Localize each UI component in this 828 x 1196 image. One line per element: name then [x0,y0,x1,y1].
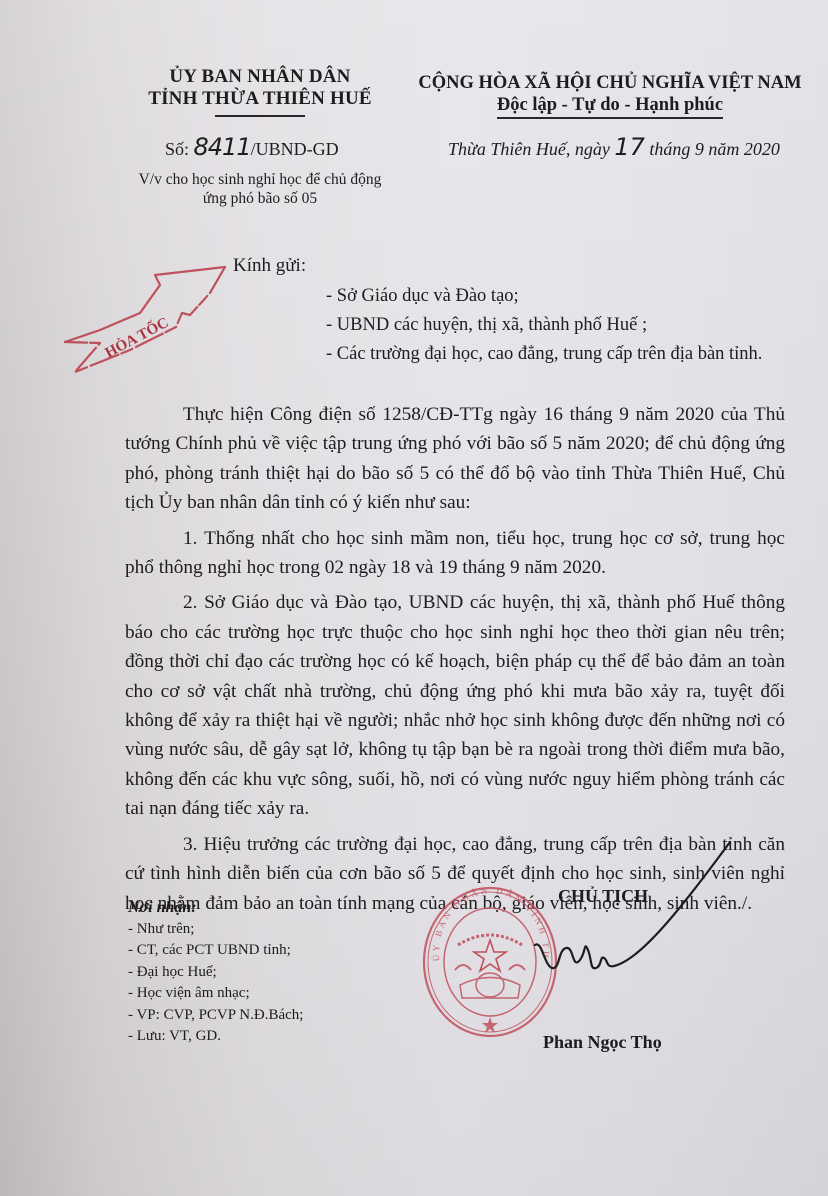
nation-name: CỘNG HÒA XÃ HỘI CHỦ NGHĨA VIỆT NAM [400,72,820,94]
cc-title: Nơi nhận: [128,897,303,919]
document-subject: V/v cho học sinh nghỉ học để chủ động ứn… [110,170,410,208]
cc-item: - Đại học Huế; [128,962,303,984]
doc-number-prefix: Số: [165,139,194,159]
cc-item: - Như trên; [128,919,303,941]
urgent-stamp-arrow-icon: HỎA TỐC [30,255,240,375]
issuing-authority: ỦY BAN NHÂN DÂN TỈNH THỪA THIÊN HUẾ [110,66,410,117]
cc-item: - CT, các PCT UBND tỉnh; [128,940,303,962]
handwritten-signature-icon [530,840,740,990]
document-number: Số: 8411/UBND-GD [165,133,339,161]
org-name-line2: TỈNH THỪA THIÊN HUẾ [110,88,410,110]
body-intro: Thực hiện Công điện số 1258/CĐ-TTg ngày … [125,400,785,518]
date-suffix: tháng 9 năm 2020 [645,139,780,159]
recipient-item: - Sở Giáo dục và Đào tạo; [326,282,762,311]
body-item-1: 1. Thống nhất cho học sinh mầm non, tiểu… [125,524,785,583]
org-name-line1: ỦY BAN NHÂN DÂN [110,66,410,88]
cc-item: - Lưu: VT, GD. [128,1026,303,1048]
salutation: Kính gửi: [233,255,306,277]
subject-line2: ứng phó bão số 05 [110,189,410,208]
recipient-item: - UBND các huyện, thị xã, thành phố Huế … [326,311,762,340]
urgent-stamp-label: HỎA TỐC [102,313,172,361]
subject-line1: V/v cho học sinh nghỉ học để chủ động [110,170,410,189]
date-day-handwritten: 17 [614,133,645,161]
national-motto: Độc lập - Tự do - Hạnh phúc [497,94,723,119]
recipient-list: - Sở Giáo dục và Đào tạo; - UBND các huy… [326,282,762,369]
document-page: ỦY BAN NHÂN DÂN TỈNH THỪA THIÊN HUẾ Số: … [0,0,828,1196]
cc-item: - VP: CVP, PCVP N.Đ.Bách; [128,1005,303,1027]
national-header: CỘNG HÒA XÃ HỘI CHỦ NGHĨA VIỆT NAM Độc l… [400,72,820,119]
date-prefix: Thừa Thiên Huế, ngày [448,139,614,159]
body-item-2: 2. Sở Giáo dục và Đào tạo, UBND các huyệ… [125,588,785,823]
doc-number-suffix: /UBND-GD [251,139,339,159]
doc-number-handwritten: 8411 [194,133,251,161]
issue-date: Thừa Thiên Huế, ngày 17 tháng 9 năm 2020 [448,133,780,161]
cc-list: Nơi nhận: - Như trên; - CT, các PCT UBND… [128,897,303,1048]
recipient-item: - Các trường đại học, cao đẳng, trung cấ… [326,340,762,369]
header-underline [215,115,305,117]
cc-item: - Học viện âm nhạc; [128,983,303,1005]
signer-name: Phan Ngọc Thọ [543,1032,662,1053]
